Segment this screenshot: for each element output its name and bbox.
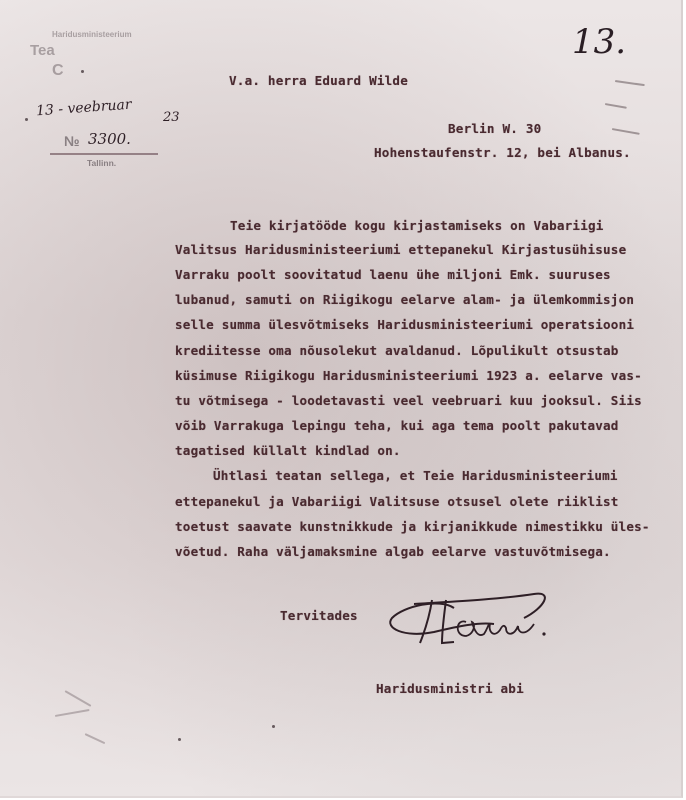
stamp-number-prefix: № bbox=[64, 133, 80, 149]
body-line: tagatised küllalt kindlad on. bbox=[175, 443, 401, 458]
body-line: lubanud, samuti on Riigikogu eelarve ala… bbox=[175, 292, 634, 307]
stamp-ministry-name: Haridusministeerium bbox=[52, 30, 132, 39]
letter-paper: 13. Haridusministeerium Tea C 13 - veebr… bbox=[0, 0, 683, 798]
ink-dot bbox=[25, 118, 28, 121]
signatory-title: Haridusministri abi bbox=[376, 681, 524, 696]
address-line-1: Berlin W. 30 bbox=[448, 121, 541, 136]
body-line: Ühtlasi teatan sellega, et Teie Haridusm… bbox=[213, 468, 618, 483]
stamp-date-handwritten: 13 - veebruar bbox=[36, 97, 133, 120]
body-line: küsimuse Riigikogu Haridusministeeriumi … bbox=[175, 368, 642, 383]
ink-dot bbox=[81, 70, 84, 73]
stamp-city: Tallinn. bbox=[87, 158, 116, 168]
stamp-fragment-c: C bbox=[52, 62, 64, 80]
margin-smudge bbox=[85, 733, 106, 744]
stamp-number-handwritten: 3300. bbox=[88, 130, 131, 148]
body-line: võetud. Raha väljamaksmine algab eelarve… bbox=[175, 544, 611, 559]
page-number: 13. bbox=[572, 22, 626, 62]
margin-smudge bbox=[615, 80, 645, 86]
margin-smudge bbox=[612, 128, 640, 135]
stamp-year-handwritten: 23 bbox=[163, 110, 180, 125]
closing-greeting: Tervitades bbox=[280, 608, 358, 623]
body-line: võib Varrakuga lepingu teha, kui aga tem… bbox=[175, 418, 619, 433]
body-line: Teie kirjatööde kogu kirjastamiseks on V… bbox=[230, 218, 604, 233]
body-line: toetust saavate kunstnikkude ja kirjanik… bbox=[175, 519, 650, 534]
stamp-fragment-tea: Tea bbox=[30, 42, 55, 59]
signature bbox=[384, 588, 574, 650]
body-line: Varraku poolt soovitatud laenu ühe miljo… bbox=[175, 267, 611, 282]
stamp-divider bbox=[50, 153, 158, 155]
margin-smudge bbox=[65, 690, 92, 707]
ink-dot bbox=[272, 725, 275, 728]
ink-dot bbox=[178, 738, 181, 741]
body-line: ettepanekul ja Vabariigi Valitsuse otsus… bbox=[175, 494, 619, 509]
margin-smudge bbox=[55, 709, 90, 717]
margin-smudge bbox=[605, 103, 627, 109]
body-line: Valitsus Haridusministeeriumi ettepaneku… bbox=[175, 242, 626, 257]
body-line: tu võtmisega - loodetavasti veel veebrua… bbox=[175, 393, 642, 408]
addressee: V.a. herra Eduard Wilde bbox=[229, 73, 408, 88]
address-line-2: Hohenstaufenstr. 12, bei Albanus. bbox=[374, 145, 631, 160]
body-line: krediitesse oma nõusolekut avaldanud. Lõ… bbox=[175, 343, 619, 358]
body-line: selle summa ülesvõtmiseks Haridusministe… bbox=[175, 317, 634, 332]
